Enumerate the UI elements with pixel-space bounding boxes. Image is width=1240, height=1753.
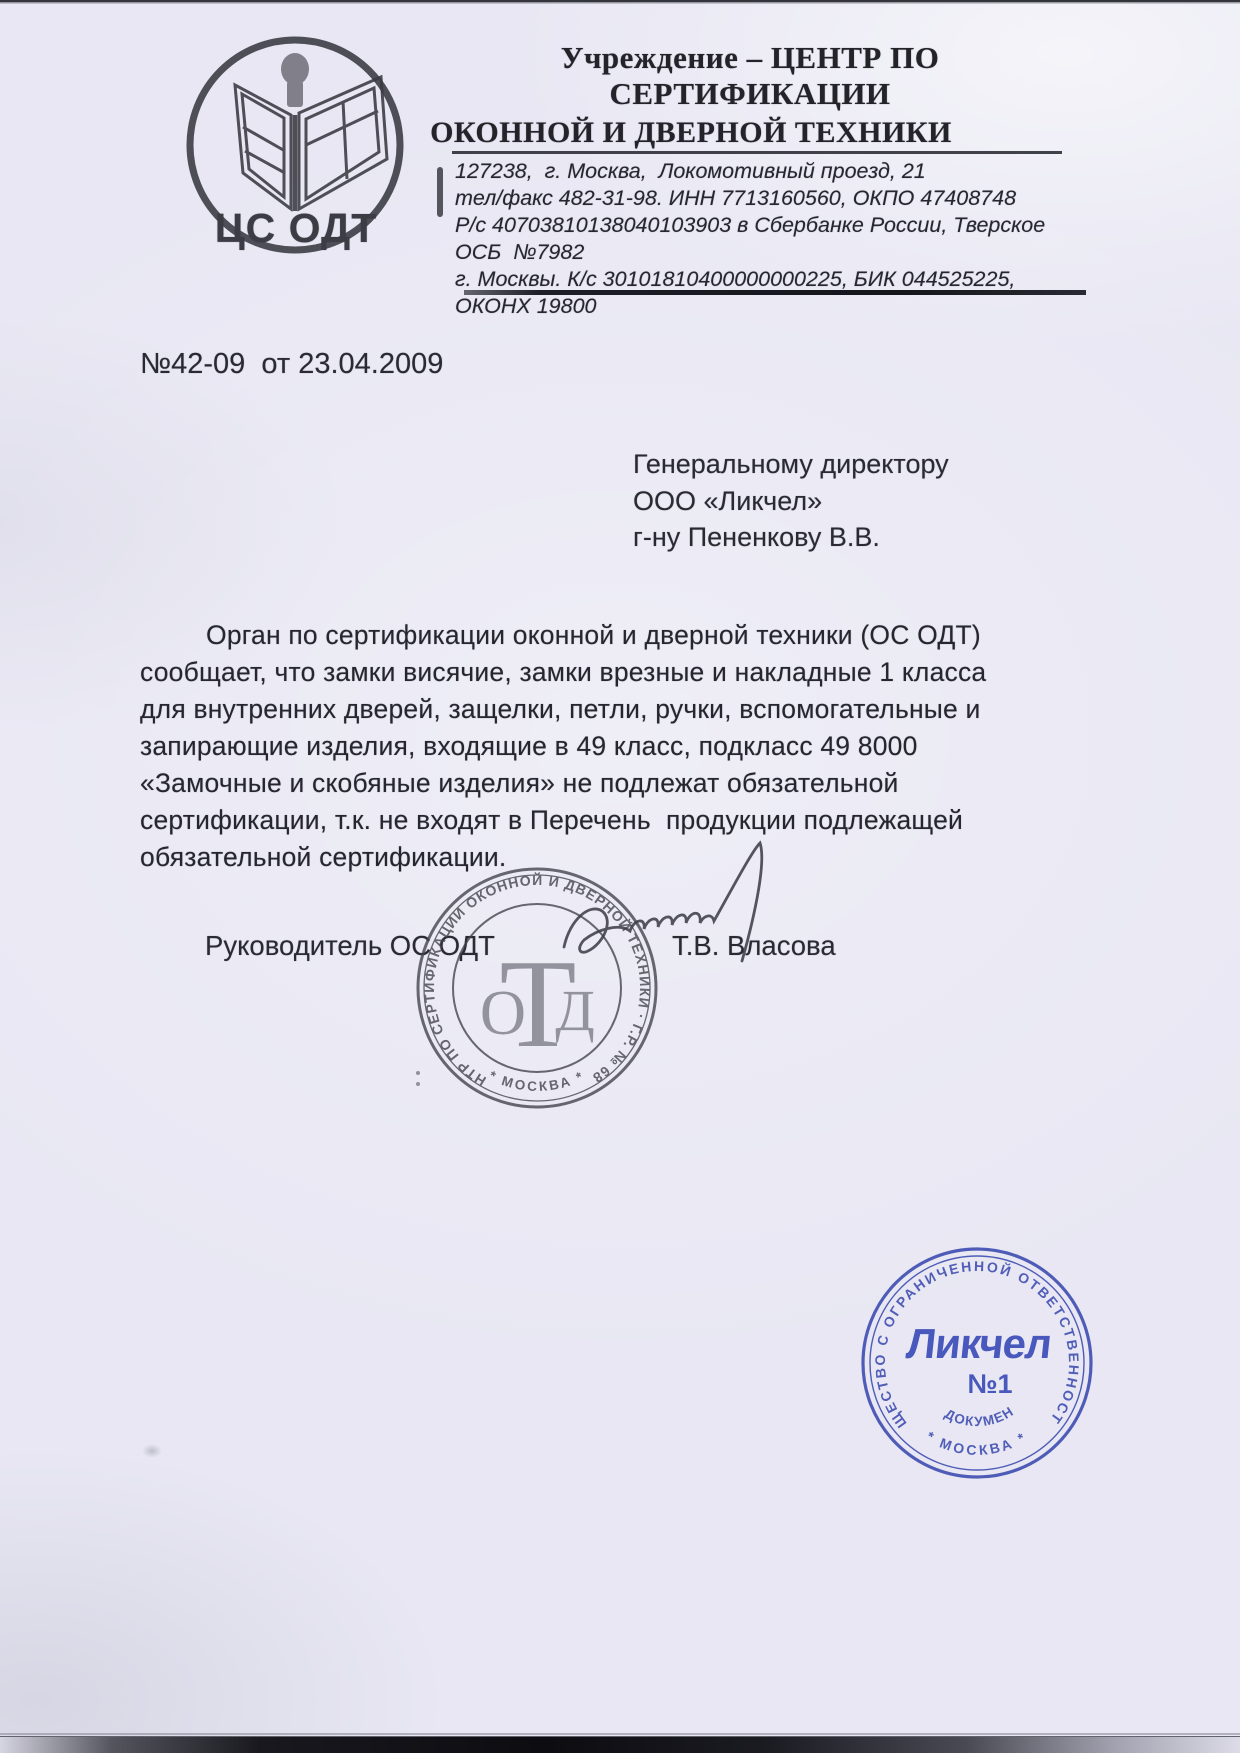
signature-stroke bbox=[564, 843, 762, 961]
letterhead-divider-bottom bbox=[464, 290, 1086, 295]
scan-bottom-line bbox=[0, 1733, 1240, 1735]
address-line-1: 127238, г. Москва, Локомотивный проезд, … bbox=[455, 158, 1095, 185]
letterhead-divider-top bbox=[452, 151, 1062, 154]
letterhead-title-line1: Учреждение – ЦЕНТР ПО СЕРТИФИКАЦИИ bbox=[420, 40, 1080, 112]
logo-caption: ЦС ОДТ bbox=[183, 205, 409, 252]
addressee-line-1: Генеральному директору bbox=[633, 446, 949, 483]
addressee-block: Генеральному директору ООО «Ликчел» г-ну… bbox=[633, 446, 949, 556]
addressee-line-3: г-ну Пененкову В.В. bbox=[633, 519, 949, 556]
company-stamp-bottom-text: * МОСКВА * bbox=[924, 1428, 1031, 1458]
logo-knob-icon bbox=[281, 53, 309, 107]
org-logo: ЦС ОДТ bbox=[183, 33, 409, 263]
scanned-letter-page: ЦС ОДТ Учреждение – ЦЕНТР ПО СЕРТИФИКАЦИ… bbox=[0, 0, 1240, 1753]
company-stamp-logo-text: Ликчел bbox=[904, 1320, 1053, 1367]
scan-smudge bbox=[142, 1444, 162, 1458]
handwritten-signature bbox=[540, 835, 820, 985]
scan-top-edge bbox=[0, 0, 1240, 4]
scan-fold-mark bbox=[437, 167, 443, 217]
letterhead-title: Учреждение – ЦЕНТР ПО СЕРТИФИКАЦИИ ОКОНН… bbox=[420, 40, 1080, 150]
address-line-2: тел/факс 482-31-98. ИНН 7713160560, ОКПО… bbox=[455, 185, 1095, 212]
letterhead-title-line2: ОКОННОЙ И ДВЕРНОЙ ТЕХНИКИ bbox=[420, 116, 1080, 150]
scan-bottom-strip bbox=[0, 1736, 1240, 1753]
company-round-stamp: ОБЩЕСТВО С ОГРАНИЧЕННОЙ ОТВЕТСТВЕННОСТЬЮ… bbox=[852, 1238, 1102, 1488]
letterhead-address-block: 127238, г. Москва, Локомотивный проезд, … bbox=[455, 158, 1095, 320]
address-line-3: Р/с 40703810138040103903 в Сбербанке Рос… bbox=[455, 212, 1095, 266]
company-stamp-number: №1 bbox=[967, 1369, 1012, 1399]
reference-number: №42-09 от 23.04.2009 bbox=[140, 348, 443, 381]
stamp-monogram-right: Д bbox=[555, 978, 595, 1043]
addressee-line-2: ООО «Ликчел» bbox=[633, 483, 949, 520]
